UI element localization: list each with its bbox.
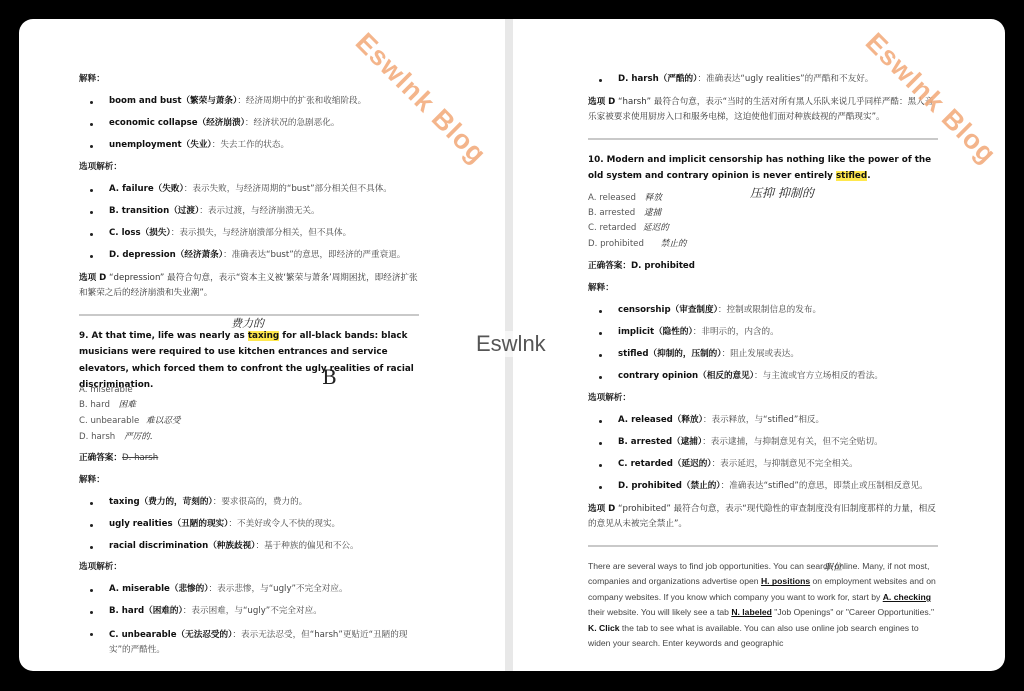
correct-answer: 正确答案：D. prohibited [588,261,695,273]
option-a: A. miserable [79,385,133,397]
list-item: B. transition（过渡）：表示过渡，与经济崩溃无关。 [79,206,320,218]
list-item: stifled（抑制的，压制的）：阻止发展或表达。 [588,349,799,361]
list-item: C. loss（损失）：表示损失，与经济崩溃部分相关，但不具体。 [79,228,351,240]
list-item: B. hard（困难的）：表示困难，与“ugly”不完全对应。 [79,606,322,618]
handwritten-annotation: 压抑 抑制的 [750,185,814,201]
options-heading: 选项解析： [588,393,631,405]
document-viewer: 解释： boom and bust（繁荣与萧条）：经济周期中的扩张和收缩阶段。 … [19,19,1005,671]
left-page: 解释： boom and bust（繁荣与萧条）：经济周期中的扩张和收缩阶段。 … [79,19,429,671]
explain-heading: 解释： [588,283,614,295]
option-a: A. released 释放 [588,193,662,205]
options-heading: 选项解析： [79,162,122,174]
handwritten-answer: B [322,364,337,391]
list-item: economic collapse（经济崩溃）：经济状况的急剧恶化。 [79,118,339,130]
list-item: D. depression（经济萧条）：准确表达“bust”的意思，即经济的严重… [79,250,405,262]
list-item: A. released（释放）：表示释放，与“stifled”相反。 [588,415,824,427]
list-item: B. arrested（逮捕）：表示逮捕，与抑制意见有关，但不完全贴切。 [588,437,883,449]
list-item: contrary opinion（相反的意见）：与主流或官方立场相反的看法。 [588,371,883,383]
section-divider [588,138,938,140]
section-divider [588,545,938,547]
list-item: taxing（费力的，苛刻的）：要求很高的，费力的。 [79,497,307,509]
option-b: B. hard 困难 [79,400,136,412]
highlighted-word: stifled [836,171,867,181]
option-b: B. arrested 逮捕 [588,208,661,220]
option-d: D. prohibited 禁止的 [588,239,686,251]
highlighted-word: taxing [248,331,279,341]
list-item: boom and bust（繁荣与萧条）：经济周期中的扩张和收缩阶段。 [79,96,366,108]
question-10: 10. Modern and implicit censorship has n… [588,152,940,185]
options-heading: 选项解析： [79,562,122,574]
correct-answer: 正确答案：D. harsh [79,453,158,465]
list-item: implicit（隐性的）：非明示的，内含的。 [588,327,779,339]
reading-passage: There are several ways to find job oppor… [588,559,940,652]
question-9: 9. At that time, life was nearly as taxi… [79,328,424,393]
right-page: D. harsh（严酷的）：准确表达“ugly realities”的严酷和不友… [588,19,940,671]
option-d: D. harsh 严厉的. [79,432,153,444]
list-item: C. retarded（延迟的）：表示延迟，与抑制意见不完全相关。 [588,459,858,471]
list-item: D. harsh（严酷的）：准确表达“ugly realities”的严酷和不友… [588,74,873,86]
section-divider [79,314,419,316]
center-watermark: Eswlnk [474,331,548,357]
list-item: ugly realities（丑陋的现实）：不美好或令人不快的现实。 [79,519,340,531]
list-item: C. unbearable（无法忍受的）：表示无法忍受，但“harsh”更贴近“… [79,628,427,657]
explain-heading: 解释： [79,475,105,487]
list-item: A. failure（失败）：表示失败，与经济周期的“bust”部分相关但不具体… [79,184,392,196]
list-item: A. miserable（悲惨的）：表示悲惨，与“ugly”不完全对应。 [79,584,348,596]
list-item: D. prohibited（禁止的）：准确表达“stifled”的意思，即禁止或… [588,481,928,493]
option-c: C. retarded 延迟的 [588,223,669,235]
conclusion-paragraph: 选项 D “harsh” 最符合句意，表示“当时的生活对所有黑人乐队来说几乎同样… [588,95,938,125]
list-item: racial discrimination（种族歧视）：基于种族的偏见和不公。 [79,541,359,553]
option-c: C. unbearable 难以忍受 [79,416,180,428]
explain-heading: 解释： [79,74,105,86]
list-item: censorship（审查制度）：控制或限制信息的发布。 [588,305,821,317]
conclusion-paragraph: 选项 D “prohibited” 最符合句意，表示“现代隐性的审查制度没有旧制… [588,502,938,532]
list-item: unemployment（失业）：失去工作的状态。 [79,140,289,152]
conclusion-paragraph: 选项 D “depression” 最符合句意，表示“资本主义被‘繁荣与萧条’周… [79,271,424,301]
